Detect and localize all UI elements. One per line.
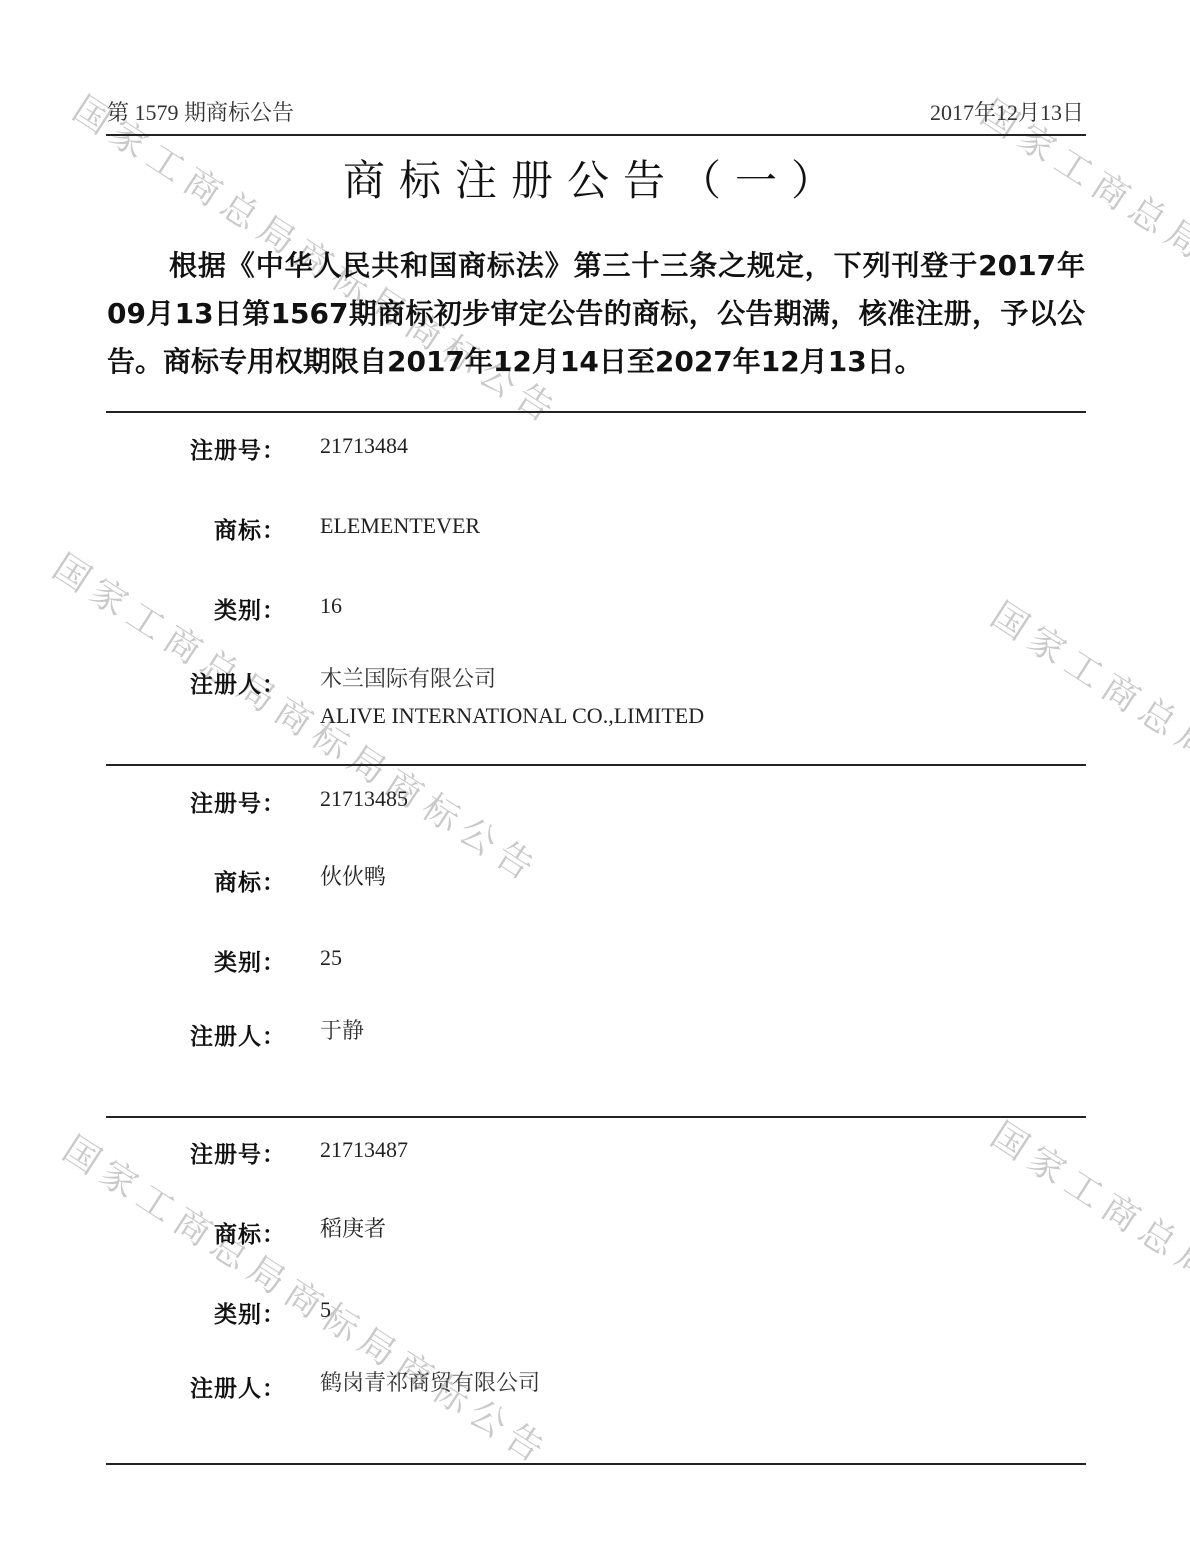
registrant-value: 于静 (320, 1014, 364, 1050)
intro-paragraph: 根据《中华人民共和国商标法》第三十三条之规定，下列刊登于2017年09月13日第… (107, 242, 1085, 386)
class-value: 25 (320, 940, 342, 976)
mark-row: 商标： ELEMENTEVER (0, 512, 1190, 545)
mark-row: 商标： 稻庚者 (0, 1216, 1190, 1249)
registrant-label: 注册人： (0, 1018, 320, 1051)
registrant-name-cn: 木兰国际有限公司 (320, 662, 704, 698)
class-value: 16 (320, 588, 342, 624)
section-divider (106, 764, 1086, 766)
registrant-value: 木兰国际有限公司 ALIVE INTERNATIONAL CO.,LIMITED (320, 662, 704, 734)
reg-no-label: 注册号： (0, 785, 320, 818)
mark-row: 商标： 伙伙鸭 (0, 864, 1190, 897)
reg-no-label: 注册号： (0, 1136, 320, 1169)
mark-value: 稻庚者 (320, 1212, 386, 1248)
class-row: 类别： 16 (0, 592, 1190, 625)
mark-value: 伙伙鸭 (320, 860, 386, 896)
reg-no-value: 21713485 (320, 781, 408, 817)
class-row: 类别： 5 (0, 1296, 1190, 1329)
section-divider (106, 1116, 1086, 1118)
section-divider (106, 1463, 1086, 1465)
reg-no-value: 21713487 (320, 1132, 408, 1168)
reg-no-value: 21713484 (320, 428, 408, 464)
reg-no-row: 注册号： 21713487 (0, 1136, 1190, 1169)
class-value: 5 (320, 1292, 331, 1328)
class-label: 类别： (0, 592, 320, 625)
page-title: 商标注册公告（一） (0, 148, 1190, 208)
registrant-label: 注册人： (0, 666, 320, 699)
header-rule (106, 134, 1086, 136)
class-row: 类别： 25 (0, 944, 1190, 977)
registrant-row: 注册人： 于静 (0, 1018, 1190, 1051)
publication-date: 2017年12月13日 (930, 96, 1084, 127)
reg-no-row: 注册号： 21713484 (0, 432, 1190, 465)
registrant-name-en: ALIVE INTERNATIONAL CO.,LIMITED (320, 698, 704, 734)
class-label: 类别： (0, 1296, 320, 1329)
registrant-row: 注册人： 木兰国际有限公司 ALIVE INTERNATIONAL CO.,LI… (0, 666, 1190, 734)
mark-label: 商标： (0, 512, 320, 545)
registrant-value: 鹤岗青祁商贸有限公司 (320, 1366, 540, 1402)
mark-value: ELEMENTEVER (320, 508, 480, 544)
page-header: 第 1579 期商标公告 2017年12月13日 (107, 96, 1084, 127)
registrant-label: 注册人： (0, 1370, 320, 1403)
mark-label: 商标： (0, 864, 320, 897)
reg-no-row: 注册号： 21713485 (0, 785, 1190, 818)
issue-number: 第 1579 期商标公告 (107, 96, 294, 127)
reg-no-label: 注册号： (0, 432, 320, 465)
registrant-name-cn: 于静 (320, 1014, 364, 1050)
class-label: 类别： (0, 944, 320, 977)
registrant-name-cn: 鹤岗青祁商贸有限公司 (320, 1366, 540, 1402)
mark-label: 商标： (0, 1216, 320, 1249)
section-divider (106, 411, 1086, 413)
registrant-row: 注册人： 鹤岗青祁商贸有限公司 (0, 1370, 1190, 1403)
